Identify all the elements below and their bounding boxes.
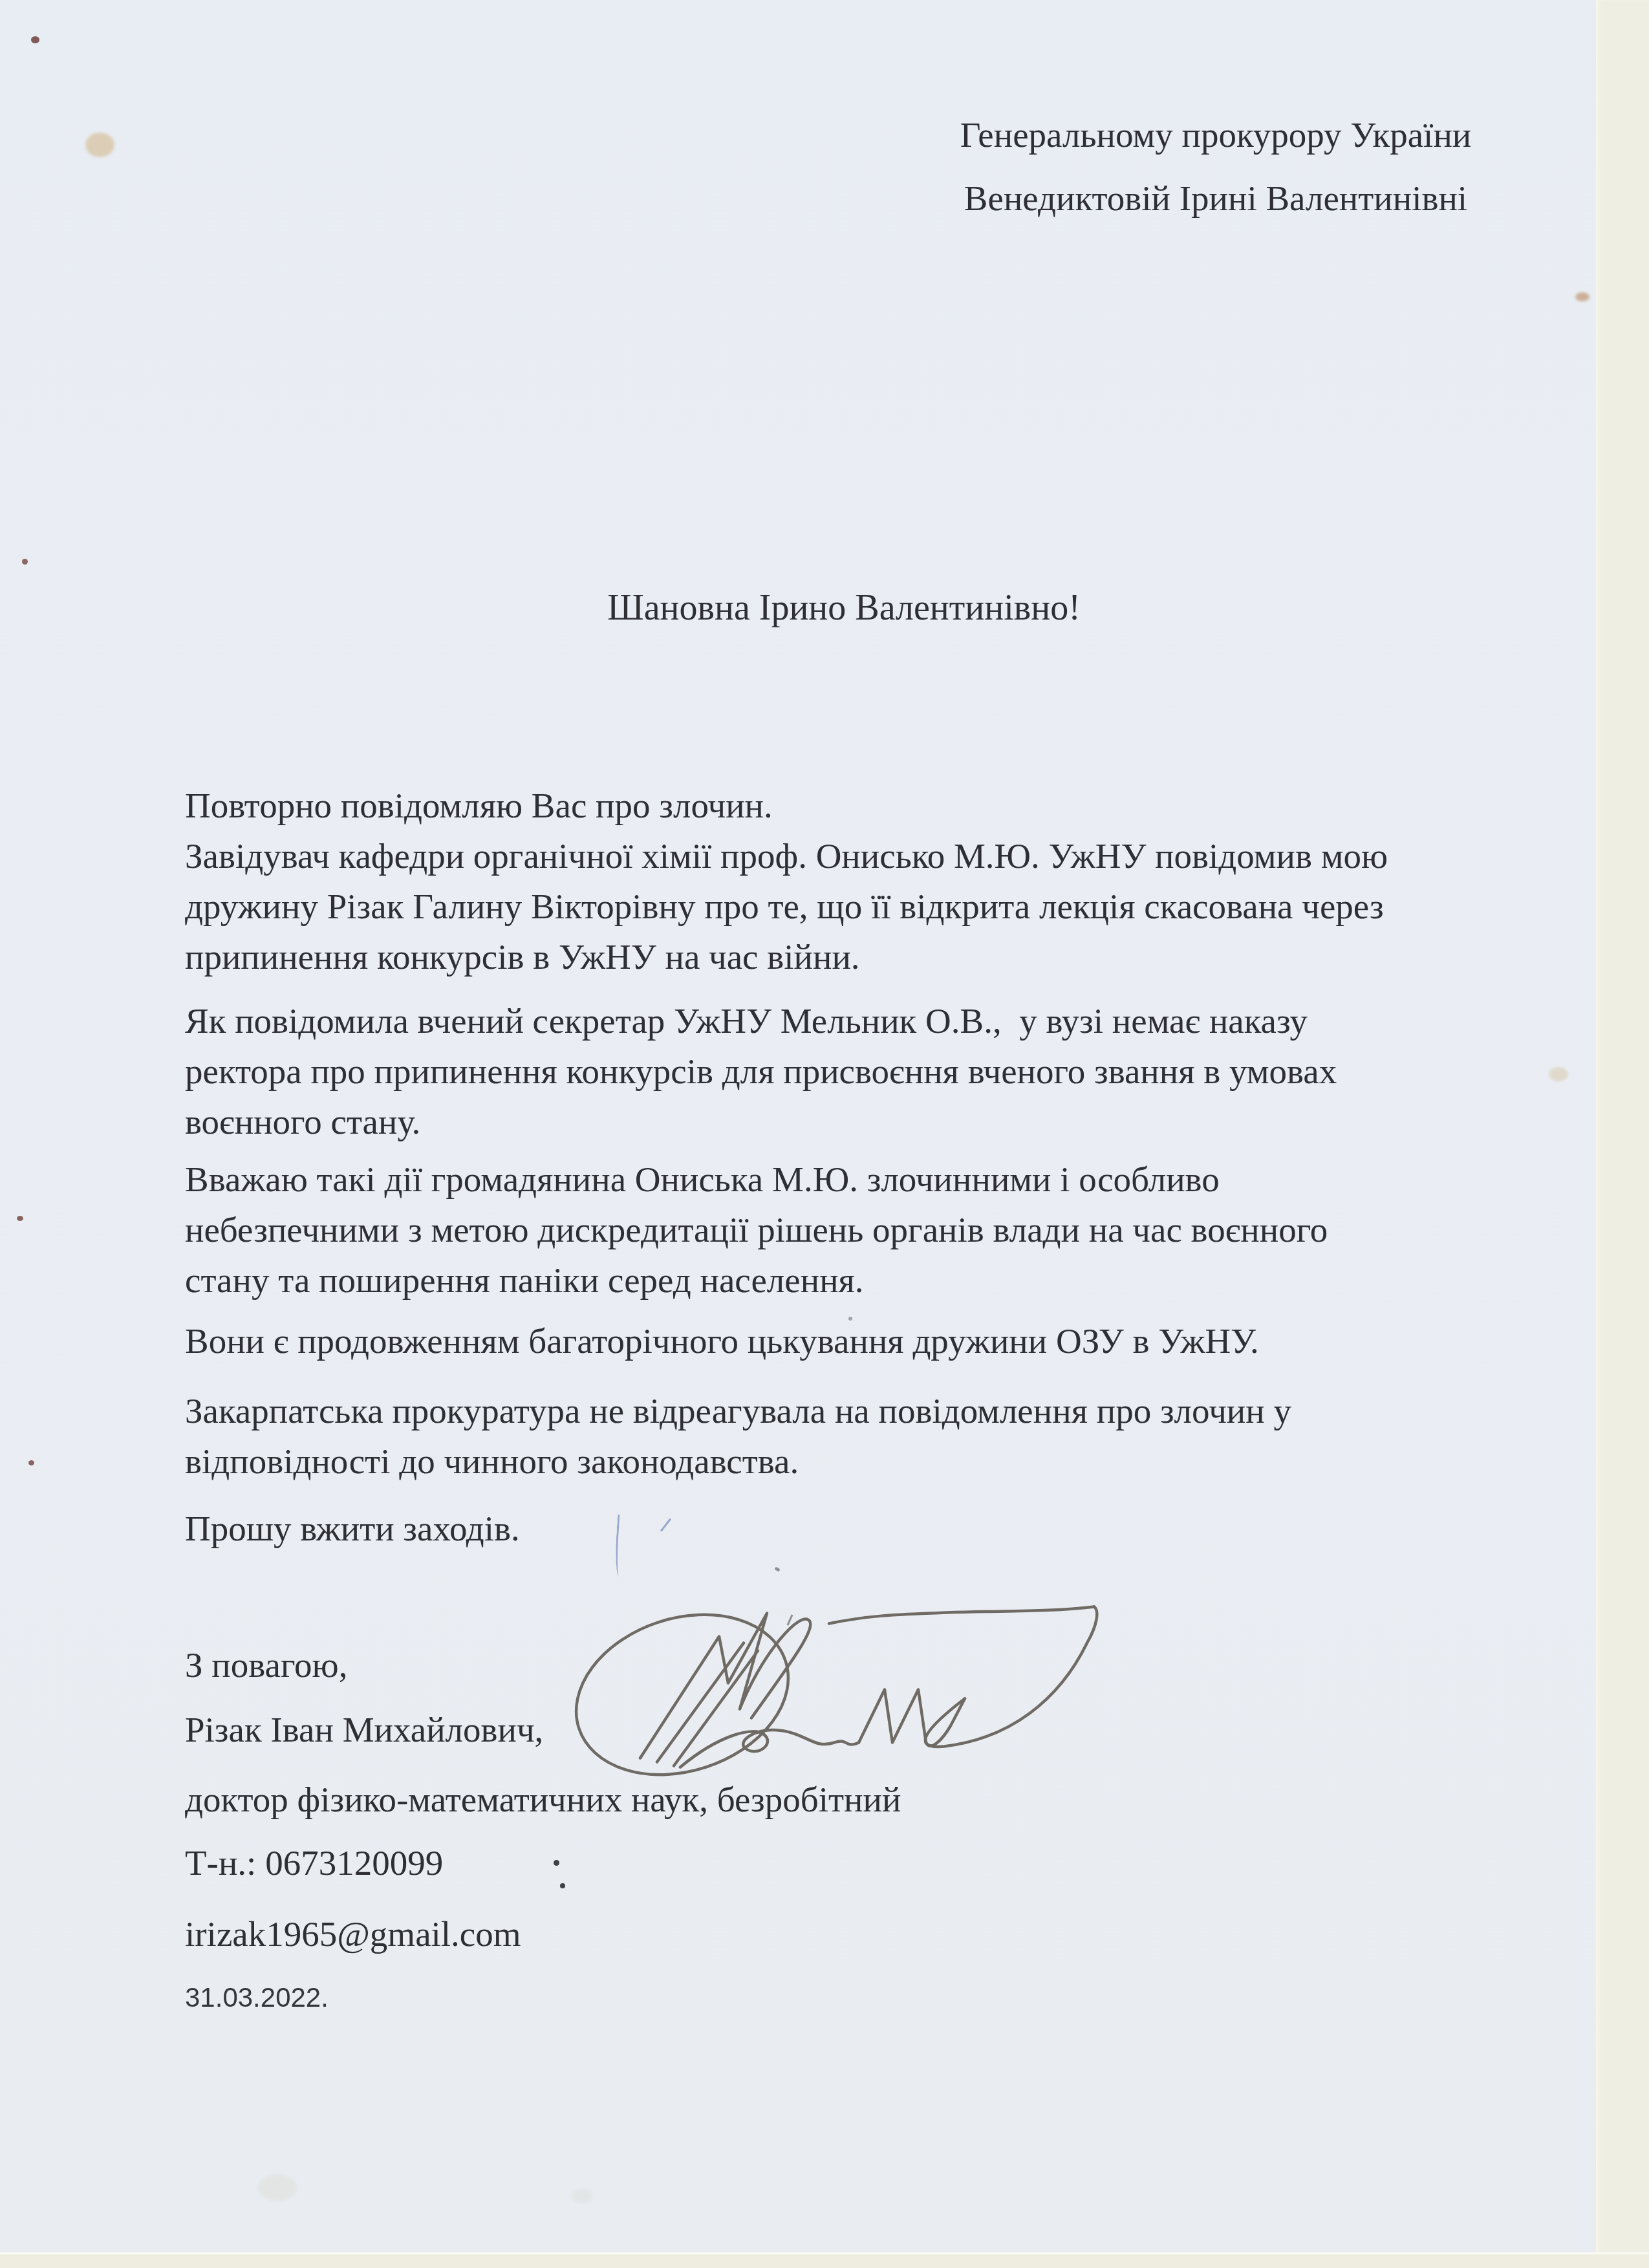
pen-dot: [554, 1860, 559, 1866]
letter-date: 31.03.2022.: [185, 1982, 329, 2014]
paragraph-1: Повторно повідомляю Вас про злочин. Заві…: [185, 781, 1388, 982]
paragraph-4: Вони є продовженням багаторічного цькува…: [185, 1316, 1259, 1366]
paper-stain: [85, 133, 114, 157]
paragraph-2: Як повідомила вчений секретар УжНУ Мельн…: [185, 996, 1337, 1147]
paragraph-5: Закарпатська прокуратура не відреагувала…: [185, 1386, 1291, 1487]
ink-speck: [22, 559, 28, 565]
sender-name: Різак Іван Михайлович,: [185, 1707, 543, 1753]
sender-email: irizak1965@gmail.com: [185, 1912, 521, 1957]
recipient-line-2: Венедиктовій Ірині Валентинівні: [918, 167, 1513, 230]
paper-smudge-small: [572, 2188, 592, 2204]
scanner-edge-strip-right: [1596, 0, 1649, 2268]
salutation: Шановна Ірино Валентинівно!: [569, 585, 1119, 631]
blue-pen-stroke: [614, 1515, 629, 1577]
paragraph-3: Вважаю такі дії громадянина Ониська М.Ю.…: [185, 1154, 1328, 1306]
paper-stain-small: [1575, 292, 1590, 301]
handwritten-signature-icon: [530, 1570, 1112, 1793]
sender-phone: Т-н.: 0673120099: [185, 1841, 443, 1886]
pen-dot: [560, 1883, 565, 1888]
ink-speck: [31, 36, 39, 43]
recipient-line-1: Генеральному прокурору України: [918, 103, 1513, 167]
scanner-edge-strip-bottom: [0, 2252, 1649, 2268]
ink-speck: [848, 1317, 852, 1321]
ink-speck: [28, 1460, 34, 1465]
blue-pen-tick: [660, 1518, 671, 1532]
paper-smudge: [257, 2174, 297, 2201]
scanned-letter-page: Генеральному прокурору УкраїниВенедиктов…: [0, 0, 1649, 2268]
closing-line: З повагою,: [185, 1643, 347, 1688]
paragraph-6: Прошу вжити заходів.: [185, 1504, 520, 1554]
ink-speck: [17, 1216, 23, 1221]
paper-stain-faint: [1549, 1067, 1568, 1081]
recipient-block: Генеральному прокурору УкраїниВенедиктов…: [918, 103, 1513, 230]
